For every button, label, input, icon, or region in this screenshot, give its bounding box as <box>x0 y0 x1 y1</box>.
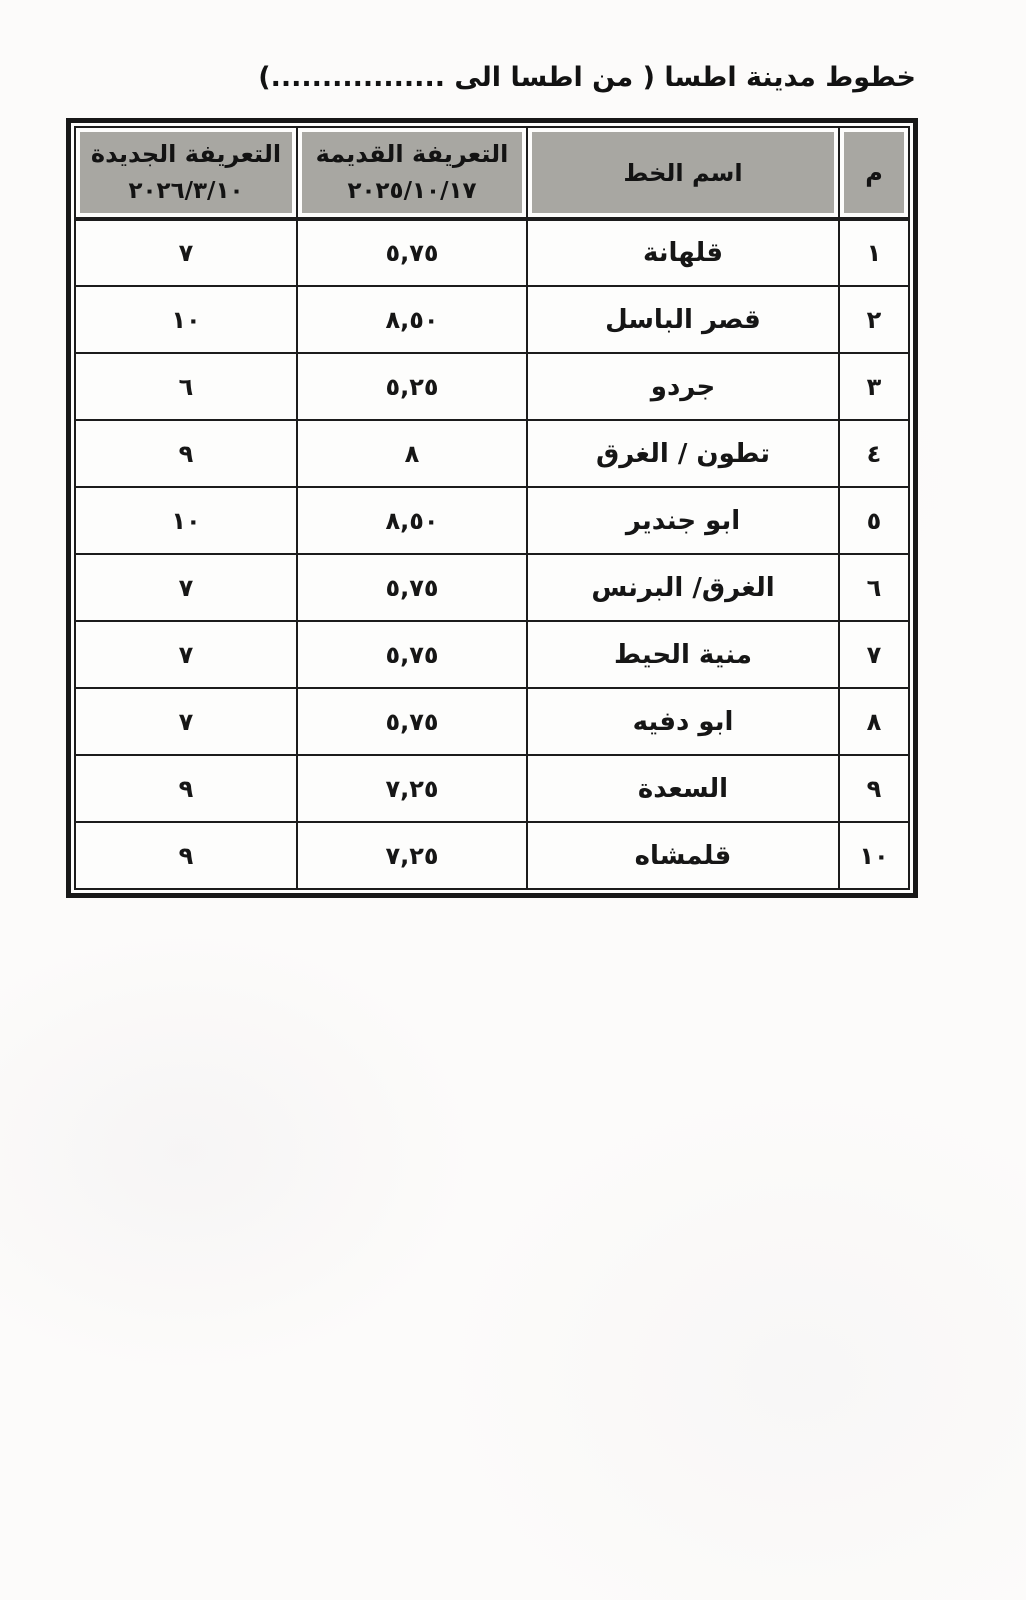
row-line-name: جردو <box>527 353 839 420</box>
row-new-tariff: ١٠ <box>75 286 297 353</box>
row-new-tariff: ٧ <box>75 219 297 286</box>
row-new-tariff: ٩ <box>75 755 297 822</box>
row-old-tariff: ٥,٧٥ <box>297 554 527 621</box>
scanned-page: خطوط مدينة اطسا ( من اطسا الى ..........… <box>0 0 1026 1600</box>
table-row: ٥ ابو جندير ٨,٥٠ ١٠ <box>75 487 909 554</box>
table-row: ٧ منية الحيط ٥,٧٥ ٧ <box>75 621 909 688</box>
row-old-tariff: ٥,٧٥ <box>297 688 527 755</box>
row-line-name: قلمشاه <box>527 822 839 889</box>
row-old-tariff: ٥,٧٥ <box>297 219 527 286</box>
table-row: ١ قلهانة ٥,٧٥ ٧ <box>75 219 909 286</box>
table-row: ٤ تطون / الغرق ٨ ٩ <box>75 420 909 487</box>
header-line-name-label: اسم الخط <box>532 158 834 188</box>
header-old-tariff: التعريفة القديمة ٢٠٢٥/١٠/١٧ <box>297 127 527 219</box>
table-row: ١٠ قلمشاه ٧,٢٥ ٩ <box>75 822 909 889</box>
row-line-name: منية الحيط <box>527 621 839 688</box>
table-row: ٢ قصر الباسل ٨,٥٠ ١٠ <box>75 286 909 353</box>
row-old-tariff: ٧,٢٥ <box>297 822 527 889</box>
header-new-tariff-date: ٢٠٢٦/٣/١٠ <box>80 178 292 206</box>
tariff-table-frame: م اسم الخط التعريفة القديمة ٢٠٢٥/١٠/١٧ ا… <box>66 118 918 898</box>
row-old-tariff: ٧,٢٥ <box>297 755 527 822</box>
row-old-tariff: ٨,٥٠ <box>297 487 527 554</box>
row-line-name: تطون / الغرق <box>527 420 839 487</box>
row-line-name: الغرق/ البرنس <box>527 554 839 621</box>
row-line-name: قلهانة <box>527 219 839 286</box>
header-new-tariff: التعريفة الجديدة ٢٠٢٦/٣/١٠ <box>75 127 297 219</box>
row-serial: ١ <box>839 219 909 286</box>
tariff-table: م اسم الخط التعريفة القديمة ٢٠٢٥/١٠/١٧ ا… <box>74 126 910 890</box>
row-line-name: ابو دفيه <box>527 688 839 755</box>
header-serial-label: م <box>844 158 904 188</box>
row-serial: ٨ <box>839 688 909 755</box>
row-old-tariff: ٨,٥٠ <box>297 286 527 353</box>
row-new-tariff: ٧ <box>75 621 297 688</box>
row-new-tariff: ٦ <box>75 353 297 420</box>
row-new-tariff: ١٠ <box>75 487 297 554</box>
header-old-tariff-label: التعريفة القديمة <box>302 139 522 169</box>
header-serial: م <box>839 127 909 219</box>
row-new-tariff: ٩ <box>75 420 297 487</box>
row-line-name: ابو جندير <box>527 487 839 554</box>
row-serial: ٩ <box>839 755 909 822</box>
page-title: خطوط مدينة اطسا ( من اطسا الى ..........… <box>66 62 918 93</box>
row-serial: ٦ <box>839 554 909 621</box>
row-serial: ٤ <box>839 420 909 487</box>
row-serial: ٥ <box>839 487 909 554</box>
row-line-name: قصر الباسل <box>527 286 839 353</box>
row-serial: ٣ <box>839 353 909 420</box>
row-new-tariff: ٩ <box>75 822 297 889</box>
table-row: ٩ السعدة ٧,٢٥ ٩ <box>75 755 909 822</box>
row-serial: ١٠ <box>839 822 909 889</box>
table-row: ٨ ابو دفيه ٥,٧٥ ٧ <box>75 688 909 755</box>
document-content: خطوط مدينة اطسا ( من اطسا الى ..........… <box>66 62 918 898</box>
header-new-tariff-label: التعريفة الجديدة <box>80 139 292 169</box>
row-old-tariff: ٨ <box>297 420 527 487</box>
row-old-tariff: ٥,٢٥ <box>297 353 527 420</box>
row-new-tariff: ٧ <box>75 554 297 621</box>
header-old-tariff-date: ٢٠٢٥/١٠/١٧ <box>302 178 522 206</box>
header-line-name: اسم الخط <box>527 127 839 219</box>
row-old-tariff: ٥,٧٥ <box>297 621 527 688</box>
table-header-row: م اسم الخط التعريفة القديمة ٢٠٢٥/١٠/١٧ ا… <box>75 127 909 219</box>
table-row: ٦ الغرق/ البرنس ٥,٧٥ ٧ <box>75 554 909 621</box>
row-serial: ٢ <box>839 286 909 353</box>
row-line-name: السعدة <box>527 755 839 822</box>
table-row: ٣ جردو ٥,٢٥ ٦ <box>75 353 909 420</box>
row-serial: ٧ <box>839 621 909 688</box>
row-new-tariff: ٧ <box>75 688 297 755</box>
